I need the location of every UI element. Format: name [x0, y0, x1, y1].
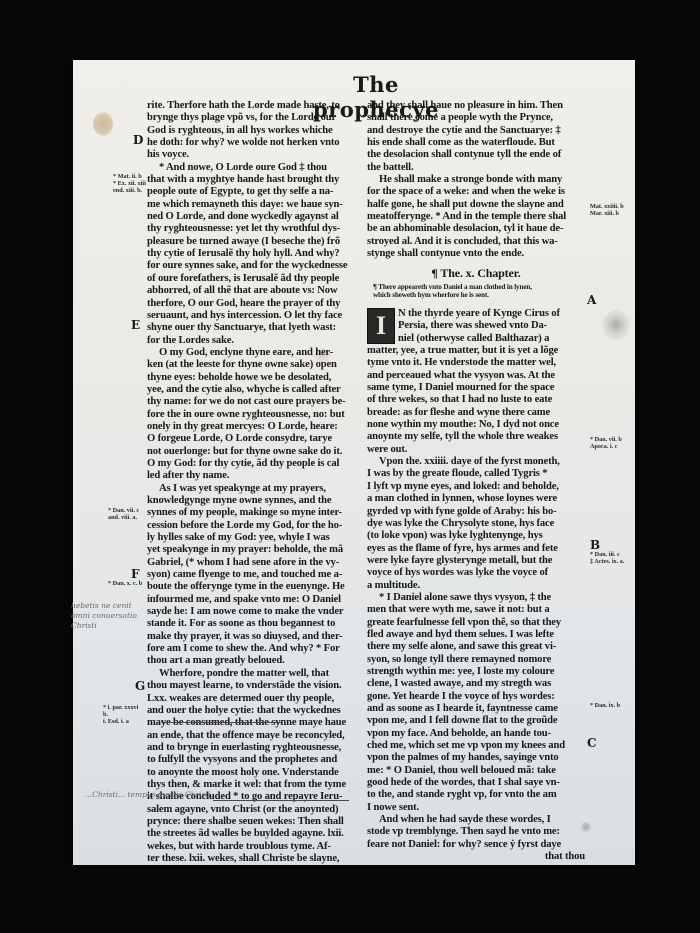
text-line: shall there come a people wyth the Prync… — [367, 112, 585, 124]
text-line: thyne eyes: beholde howe we be desolated… — [147, 372, 352, 384]
text-line: the streetes ãd walles be buylded agayne… — [147, 828, 352, 840]
ref-line: * Dan. vii. b — [590, 436, 622, 443]
text-line: O forgeue Lorde, O Lorde consydre, tarye — [147, 433, 352, 445]
section-letter-b: B — [590, 538, 600, 552]
text-line: breade: as for fleshe and wyne there cam… — [367, 407, 585, 419]
text-line: me which remayneth this daye: we haue sy… — [147, 199, 352, 211]
text-line: wekes, but with harde troublous tyme. Af… — [147, 841, 352, 853]
text-line: a man clothed in lynnen, whose loynes we… — [367, 493, 585, 505]
ref-line: * Dan. vii. c — [108, 507, 139, 514]
text-line: niel (otherwyse called Balthazar) a — [398, 333, 585, 345]
text-line: rite. Therfore hath the Lorde made haste… — [147, 100, 352, 112]
text-line: stynge shall contynue vnto the ende. — [367, 248, 585, 260]
text-line: tyme vnto it. He vnderstode the matter w… — [367, 357, 585, 369]
text-line: O my God: for thy cytie, ãd thy people i… — [147, 458, 352, 470]
text-line: * And nowe, O Lorde oure God ‡ thou — [147, 162, 352, 174]
ref-line: i. Esd. i. a — [103, 718, 138, 725]
ref-line: Mat. xxiiii. b — [590, 203, 624, 210]
text-line: were lyke fayre glysterynge metall, but … — [367, 555, 585, 567]
text-line: and destroye the cytie and the Sanctuary… — [367, 125, 585, 137]
margin-reference: Mat. xxiiii. b Mar. xiii. b — [590, 203, 624, 217]
text-line: (to loke vpon) was lyke lyghtenynge, hys — [367, 530, 585, 542]
text-line: fore am I come to shew the. And why? * F… — [147, 643, 352, 655]
text-line: Gabriel, (* whom I had sene afore in the… — [147, 557, 352, 569]
text-line: thou art a man greatly beloued. — [147, 655, 352, 667]
margin-reference: * Dan. x. c. b — [108, 580, 142, 587]
summary-line: which sheweth hym wherfore he is sent. — [373, 291, 585, 300]
section-letter-f: F — [131, 567, 140, 581]
ref-line: * Dan. iii. c — [590, 551, 624, 558]
catchword: that thou — [367, 851, 585, 863]
text-line: of oure forefathers, is Ierusalẽ ãd thy … — [147, 273, 352, 285]
ref-line: and. viii. a. — [108, 514, 139, 521]
text-line: boute the offerynge tyme in the euenynge… — [147, 581, 352, 593]
text-line: not ouerlonge: but for thyne owne sake d… — [147, 446, 352, 458]
text-line: greate fearfulnesse fell vpon thẽ, so th… — [367, 617, 585, 629]
text-line: anoynte my selfe, tyll the whole thre we… — [367, 431, 585, 443]
text-line: He shall make a stronge bonde with many — [367, 174, 585, 186]
section-letter-c: C — [587, 736, 597, 750]
margin-reference: * Dan. iii. c ‡ Actes. ix. a. — [590, 551, 624, 565]
text-line: Persia, there was shewed vnto Da- — [398, 320, 585, 332]
text-line: sayde he: I am nowe come to make the vnd… — [147, 606, 352, 618]
text-line: yee, and the cytie also, whyche is calle… — [147, 384, 352, 396]
text-line: ter these. lxii. wekes, shall Christe be… — [147, 853, 352, 865]
initial-paragraph: I N the thyrde yeare of Kynge Cirus of P… — [367, 308, 585, 345]
text-line: be an abhominable desolacion, tyl it hau… — [367, 223, 585, 235]
text-line: and to brynge in euerlasting ryghteousne… — [147, 742, 352, 754]
text-line: fore the in oure owne ryghteousnesse, no… — [147, 409, 352, 421]
text-line: prynce: there shalbe seuen wekes: Then s… — [147, 816, 352, 828]
text-line: to fulfyll the vysyons and the prophetes… — [147, 754, 352, 766]
chapter-summary: ¶ There appeareth vnto Daniel a man clot… — [367, 283, 585, 300]
text-line: meatofferynge. * And in the temple there… — [367, 211, 585, 223]
text-line: and perceaued what the vysyon was. At th… — [367, 370, 585, 382]
section-letter-e: E — [131, 318, 140, 332]
text-line: syon) came flyenge to me, and touched me… — [147, 569, 352, 581]
text-line: * I Daniel alone sawe thys vysyon, ‡ the — [367, 592, 585, 604]
margin-reference: * Dan. vii. c and. viii. a. — [108, 507, 139, 521]
bible-page: The prophecye rite. Therfore hath the Lo… — [73, 60, 635, 865]
text-line: fled awaye and hyd them selues. I was le… — [367, 629, 585, 641]
text-line: gyrded vp with fyne golde of Araby: his … — [367, 506, 585, 518]
text-line: thy ryghteousnesse: yet let thy wrothful… — [147, 223, 352, 235]
text-line: abhorred, of all thẽ that are aboute vs:… — [147, 285, 352, 297]
text-line: halfe gone, he shall put downe the slayn… — [367, 199, 585, 211]
section-letter-a: A — [587, 293, 596, 307]
text-line: the battell. — [367, 162, 585, 174]
text-line: ken (at the leeste for thyne owne sake) … — [147, 359, 352, 371]
text-line: And when he had sayde these wordes, I — [367, 814, 585, 826]
right-column: and they shall haue no pleasure in him. … — [367, 100, 585, 863]
section-letter-d: D — [133, 133, 143, 147]
text-line: cession before the Lorde my God, for the… — [147, 520, 352, 532]
text-line: eyes as the flame of fyre, hys armes and… — [367, 543, 585, 555]
stain-mark — [93, 112, 113, 136]
text-line: pleasure be turned awaye (I beseche the)… — [147, 236, 352, 248]
text-line: onely in thy great mercyes: O Lorde, hea… — [147, 421, 352, 433]
text-line: same tyme, I Daniel mourned for the spac… — [367, 382, 585, 394]
ref-line: * Ex. xii. xiii — [113, 180, 146, 187]
section-letter-g: G — [135, 679, 145, 693]
text-line: there my selfe alone, and sawe this grea… — [367, 641, 585, 653]
text-line: shyne ouer thy Sanctuarye, that lyeth wa… — [147, 322, 352, 334]
summary-line: ¶ There appeareth vnto Daniel a man clot… — [373, 283, 585, 292]
text-line: infourmed me, and spake vnto me: O Danie… — [147, 594, 352, 606]
text-line: to anoynte the moost holy one. Vnderstan… — [147, 767, 352, 779]
text-line: matter, yee, a true matter, but it is ye… — [367, 345, 585, 357]
text-line: voyce of hys wordes was lyke the voyce o… — [367, 567, 585, 579]
text-line: vpon my face. And beholde, an hande tou- — [367, 728, 585, 740]
ref-line: * Dan. ix. b — [590, 702, 620, 709]
ref-line: ‡ Actes. ix. a. — [590, 558, 624, 565]
handwritten-annotation: ...Christi... tempus mortis Christi... — [85, 790, 218, 800]
text-line: his ende shall come as the waterfloude. … — [367, 137, 585, 149]
text-line: syon, so longe tyll there remayned nomor… — [367, 654, 585, 666]
ref-line: * Mat. ii. b — [113, 173, 146, 180]
handwriting-line: omni conuersatio — [71, 611, 137, 621]
text-line: vpon me, and I fell downe flat to the gr… — [367, 715, 585, 727]
text-line: an ende, that the offence maye be reconc… — [147, 730, 352, 742]
text-line: ly hylles sake of my God: yee, whyle I w… — [147, 532, 352, 544]
underline-mark — [213, 800, 349, 801]
text-line: feare not Daniel: for why? sence ẏ fyrst… — [367, 839, 585, 851]
text-line: yet speakynge in my prayer: beholde, the… — [147, 544, 352, 556]
text-line: for oure synnes sake, and for the wycked… — [147, 260, 352, 272]
handwritten-annotation: hebetis ne cenit omni conuersatio Christ… — [71, 601, 137, 631]
underline-mark — [161, 722, 281, 723]
text-line: I nowe sent. — [367, 802, 585, 814]
text-line: synnes of my people, makinge so myne int… — [147, 507, 352, 519]
ref-line: Apoca. i. c — [590, 443, 622, 450]
left-column: rite. Therfore hath the Lorde made haste… — [147, 100, 352, 865]
text-line: Vpon the. xxiiii. daye of the fyrst mone… — [367, 456, 585, 468]
text-line: strength wythin me: yee, I loste my colo… — [367, 666, 585, 678]
text-line: led after thy name. — [147, 470, 352, 482]
text-line: N the thyrde yeare of Kynge Cirus of — [398, 308, 585, 320]
text-line: I was by the greate floude, called Tygri… — [367, 468, 585, 480]
text-line: for the Lordes sake. — [147, 335, 352, 347]
decorated-initial: I — [367, 308, 395, 344]
text-line: none wythin my mouthe: No, I dyd not onc… — [367, 419, 585, 431]
text-line: and they shall haue no pleasure in him. … — [367, 100, 585, 112]
text-line: stroyed al. And it is concluded, that th… — [367, 236, 585, 248]
text-line: gone. Yet hearde I the voyce of hys word… — [367, 691, 585, 703]
text-line: stode vp tremblynge. Then sayd he vnto m… — [367, 826, 585, 838]
text-line: ched me, which set me vp vpon my knees a… — [367, 740, 585, 752]
handwriting-line: hebetis ne cenit — [71, 601, 137, 611]
text-line: vpon the palmes of my handes, sayinge vn… — [367, 752, 585, 764]
text-line: me: * O Daniel, thou well beloued mã: ta… — [367, 765, 585, 777]
ref-line: b. — [103, 711, 138, 718]
text-line: God is ryghteous, in all hys workes whic… — [147, 125, 352, 137]
text-line: maye be consumed, that the synne maye ha… — [147, 717, 352, 729]
text-line: brynge thys plage vpõ vs, for the Lorde … — [147, 112, 352, 124]
text-line: make thy prayer, it was so diuysed, and … — [147, 631, 352, 643]
text-line: good hede of the wordes, that I shal say… — [367, 777, 585, 789]
text-line: the desolacion shall contynue tyll the e… — [367, 149, 585, 161]
text-line: I lyft vp myne eyes, and loked: and beho… — [367, 481, 585, 493]
text-line: seruaunt, and hys intercession. O let th… — [147, 310, 352, 322]
text-line: thy name: for we do not cast oure prayer… — [147, 396, 352, 408]
text-line: and ouer the holye cytie: that the wycke… — [147, 705, 352, 717]
stain-mark — [603, 310, 629, 340]
margin-reference: * Mat. ii. b * Ex. xii. xiii end. xiii. … — [113, 173, 146, 194]
text-line: a multitude. — [367, 580, 585, 592]
margin-reference: * Dan. vii. b Apoca. i. c — [590, 436, 622, 450]
text-line: ned O Lorde, and done wyckedly agaynst a… — [147, 211, 352, 223]
text-line: stande it. For as soone as thou begannes… — [147, 618, 352, 630]
text-line: dye was lyke the Chrysolyte stone, hys f… — [367, 518, 585, 530]
text-line: of thre wekes, so that I had no luste to… — [367, 394, 585, 406]
text-line: salem agayne, vnto Christ (or the anoynt… — [147, 804, 352, 816]
chapter-heading: ¶ The. x. Chapter. — [367, 267, 585, 279]
text-line: clene, I wasted awaye, and my stregth wa… — [367, 678, 585, 690]
margin-reference: * i. par. xxxvi b. i. Esd. i. a — [103, 704, 138, 725]
text-line: that with a myghtye hande hast brought t… — [147, 174, 352, 186]
text-line: knowledgynge myne owne synnes, and the — [147, 495, 352, 507]
text-line: Lxx. weakes are determed ouer thy people… — [147, 693, 352, 705]
ref-line: * i. par. xxxvi — [103, 704, 138, 711]
handwriting-line: Christi — [71, 621, 137, 631]
text-line: were out. — [367, 444, 585, 456]
text-line: O my God, enclyne thyne eare, and her- — [147, 347, 352, 359]
text-line: As I was yet speakynge at my prayers, — [147, 483, 352, 495]
ref-line: end. xiii. b. — [113, 187, 146, 194]
text-line: to the, and stande ryght vp, for vnto th… — [367, 789, 585, 801]
text-line: thou mayest learne, to vnderstãde the vi… — [147, 680, 352, 692]
ref-line: * Dan. x. c. b — [108, 580, 142, 587]
text-line: men that were wyth me, sawe it not: but … — [367, 604, 585, 616]
text-line: he doth: for why? we wolde not herken vn… — [147, 137, 352, 149]
text-line: people oute of Egypte, to get thy selfe … — [147, 186, 352, 198]
text-line: for the space of a weke: and when the we… — [367, 186, 585, 198]
text-line: thy cytie of Ierusalẽ thy holy hyll. And… — [147, 248, 352, 260]
margin-reference: * Dan. ix. b — [590, 702, 620, 709]
text-line: and as soone as I hearde it, fayntnesse … — [367, 703, 585, 715]
text-line: therfore, O our God, heare the prayer of… — [147, 298, 352, 310]
text-line: his voyce. — [147, 149, 352, 161]
text-line: Wherfore, pondre the matter well, that — [147, 668, 352, 680]
ref-line: Mar. xiii. b — [590, 210, 624, 217]
